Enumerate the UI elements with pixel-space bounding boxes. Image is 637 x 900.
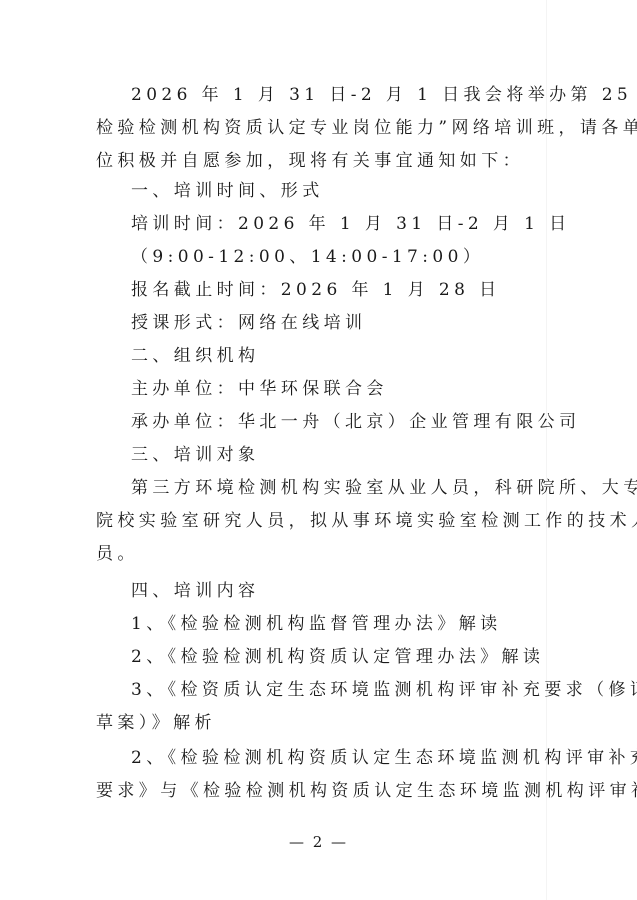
teaching-format: 授课形式：网络在线培训 bbox=[131, 307, 366, 340]
audience-line-1: 第三方环境检测机构实验室从业人员，科研院所、大专 bbox=[131, 472, 637, 505]
intro-line-2: 检验检测机构资质认定专业岗位能力”网络培训班，请各单 bbox=[96, 112, 637, 145]
intro-line-1: 2026 年 1 月 31 日-2 月 1 日我会将举办第 25 期“环境 bbox=[131, 79, 637, 112]
content-item-1: 1、《检验检测机构监督管理办法》解读 bbox=[131, 608, 502, 641]
audience-line-3: 员。 bbox=[96, 538, 139, 571]
section-heading-2: 二、组织机构 bbox=[131, 340, 259, 373]
intro-line-3: 位积极并自愿参加，现将有关事宜通知如下： bbox=[96, 145, 524, 178]
section-heading-1: 一、培训时间、形式 bbox=[131, 175, 324, 208]
section-heading-3: 三、培训对象 bbox=[131, 439, 259, 472]
organizer: 承办单位：华北一舟（北京）企业管理有限公司 bbox=[131, 406, 580, 439]
content-item-3-line-1: 3、《检资质认定生态环境监测机构评审补充要求（修订 bbox=[131, 674, 637, 707]
training-time: 培训时间：2026 年 1 月 31 日-2 月 1 日 bbox=[131, 208, 571, 241]
training-hours: （9:00-12:00、14:00-17:00） bbox=[131, 241, 484, 274]
page-number: — 2 — bbox=[0, 830, 637, 854]
section-heading-4: 四、培训内容 bbox=[131, 575, 259, 608]
content-item-4-line-1: 2、《检验检测机构资质认定生态环境监测机构评审补充 bbox=[131, 742, 637, 775]
content-item-3-line-2: 草案）》解析 bbox=[96, 707, 216, 740]
document-page: 2026 年 1 月 31 日-2 月 1 日我会将举办第 25 期“环境 检验… bbox=[0, 0, 637, 900]
registration-deadline: 报名截止时间：2026 年 1 月 28 日 bbox=[131, 274, 501, 307]
content-item-4-line-2: 要求》与《检验检测机构资质认定生态环境监测机构评审补 bbox=[96, 775, 637, 808]
host-organization: 主办单位：中华环保联合会 bbox=[131, 373, 388, 406]
content-item-2: 2、《检验检测机构资质认定管理办法》解读 bbox=[131, 641, 544, 674]
audience-line-2: 院校实验室研究人员，拟从事环境实验室检测工作的技术人 bbox=[96, 505, 637, 538]
